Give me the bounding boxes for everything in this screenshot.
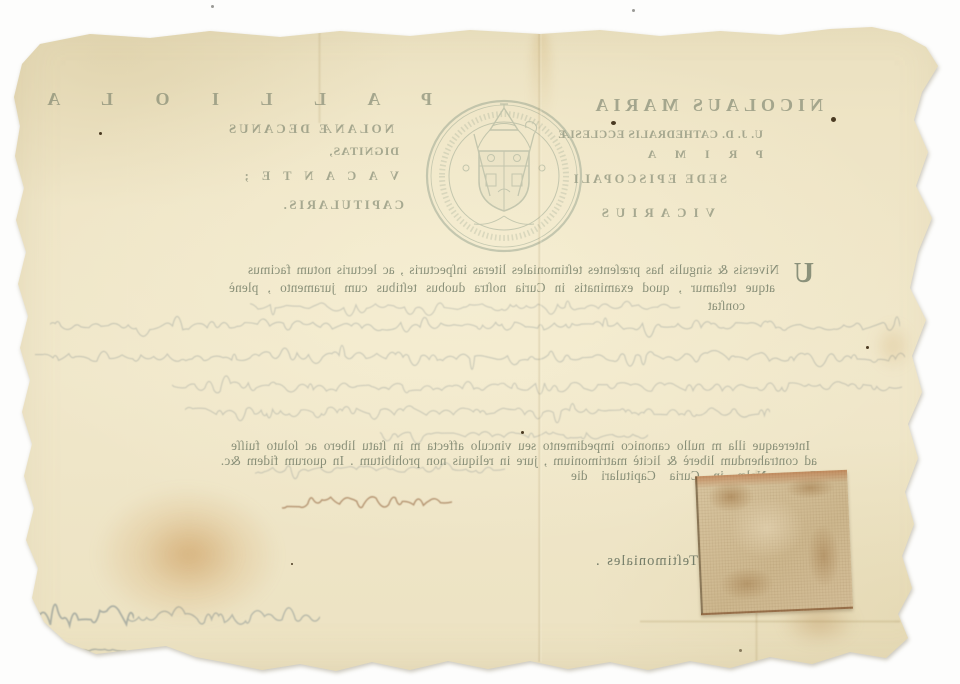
foxing-speck xyxy=(521,431,524,434)
handwriting-showthrough-date-fill xyxy=(255,458,505,485)
foxing-speck xyxy=(291,563,293,565)
paragraph1-line1: Niversis & singulis has præſentes teſtim… xyxy=(248,262,779,278)
foxing-speck xyxy=(831,117,836,122)
repair-patch xyxy=(695,470,853,615)
letterhead-decanus-line: NOLANÆ DECANUS xyxy=(226,121,394,137)
paper-shadow-wrap: NICOLAUS MARIA P A L L I O L A U. J. D. … xyxy=(0,0,960,684)
stain-right-edge xyxy=(874,322,912,370)
letterhead-dignitas-line: DIGNITAS, xyxy=(329,144,399,159)
letterhead-vicarius-line: VICARIUS xyxy=(595,205,715,221)
handwritten-date-ink xyxy=(282,488,452,521)
fold-crease-vertical-center xyxy=(538,30,542,662)
signature-underline-showthrough xyxy=(26,644,126,663)
scan-artifact-speck xyxy=(632,9,635,12)
paragraph1-line2: atque teſtamur , quod examinatis in Curi… xyxy=(229,280,775,296)
letterhead-surname-right: P A L L I O L A xyxy=(28,89,432,110)
letterhead-prima-line: P R I M A xyxy=(640,147,763,162)
foxing-speck xyxy=(866,346,869,349)
fold-crease-horizontal-bottom xyxy=(640,620,900,623)
letterhead-capitularis-line: CAPITULARIS. xyxy=(281,197,404,213)
handwriting-showthrough-line xyxy=(50,314,900,343)
fold-crease-vertical-upper-left xyxy=(318,28,321,123)
docket-label: Teſtimoniales . xyxy=(595,553,698,570)
chapter-seal-icon xyxy=(418,96,590,256)
foxing-speck xyxy=(99,132,102,135)
scanned-document-photo: NICOLAUS MARIA P A L L I O L A U. J. D. … xyxy=(0,0,960,684)
foxing-speck xyxy=(611,121,616,125)
scan-artifact-speck xyxy=(211,5,214,8)
paper-sheet: NICOLAUS MARIA P A L L I O L A U. J. D. … xyxy=(0,0,960,684)
letterhead-sede-line: SEDE EPISCOPALI xyxy=(571,172,727,187)
foxing-speck xyxy=(739,649,742,652)
drop-cap-initial: U xyxy=(794,258,814,290)
letterhead-vacante-line: V A C A N T E ; xyxy=(240,169,399,184)
handwriting-showthrough-line xyxy=(35,344,905,375)
paragraph1-line3: conſtat xyxy=(708,298,745,314)
stain-blot-bottom-left-core xyxy=(140,515,240,593)
handwriting-showthrough-line xyxy=(380,424,648,451)
letterhead-name-left: NICOLAUS MARIA xyxy=(590,95,823,116)
